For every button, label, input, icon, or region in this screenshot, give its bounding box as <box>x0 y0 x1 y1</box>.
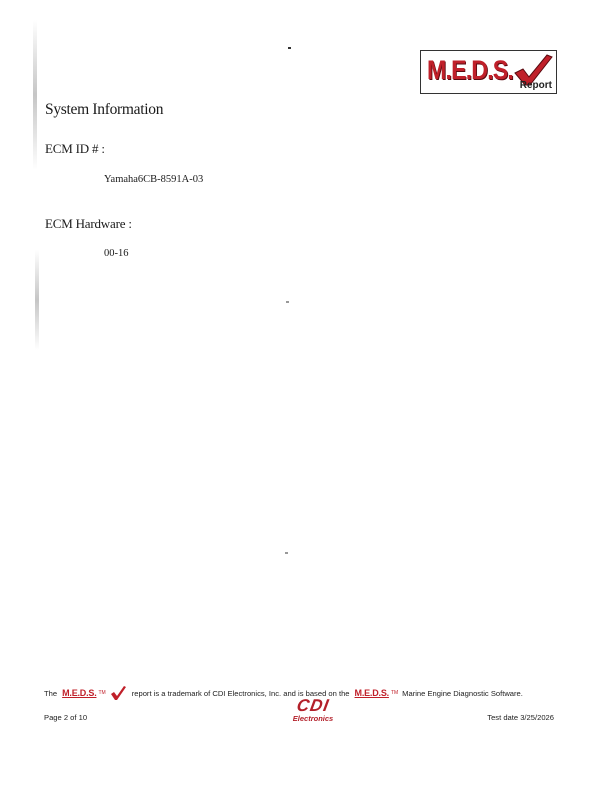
scan-speck <box>286 301 289 303</box>
footer-suffix: Marine Engine Diagnostic Software. <box>402 689 523 698</box>
meds-mini-logo: M.E.D.S. <box>62 688 96 698</box>
scan-streak <box>35 250 39 350</box>
section-title: System Information <box>45 101 163 119</box>
logo-sub: Report <box>520 80 552 91</box>
ecm-hardware-label: ECM Hardware : <box>45 216 132 232</box>
scan-speck <box>288 47 291 49</box>
footer-prefix: The <box>44 689 57 698</box>
meds-report-logo: M.E.D.S. Report <box>420 50 557 94</box>
logo-brand: M.E.D.S. <box>427 55 513 86</box>
ecm-id-label: ECM ID # : <box>45 141 105 157</box>
page-number: Page 2 of 10 <box>44 713 87 722</box>
cdi-electronics-logo: CDI Electronics <box>283 698 343 726</box>
scan-speck <box>285 552 288 554</box>
tm-mark: TM <box>99 690 106 696</box>
checkmark-icon <box>110 686 126 700</box>
cdi-logo-sub: Electronics <box>283 714 343 723</box>
ecm-id-value: Yamaha6CB-8591A-03 <box>104 174 203 185</box>
ecm-hardware-value: 00-16 <box>104 248 129 259</box>
scan-streak <box>33 20 37 170</box>
tm-mark: TM <box>391 690 398 696</box>
test-date: Test date 3/25/2026 <box>487 713 554 722</box>
cdi-logo-main: CDI <box>282 698 345 714</box>
meds-mini-logo: M.E.D.S. <box>355 688 389 698</box>
